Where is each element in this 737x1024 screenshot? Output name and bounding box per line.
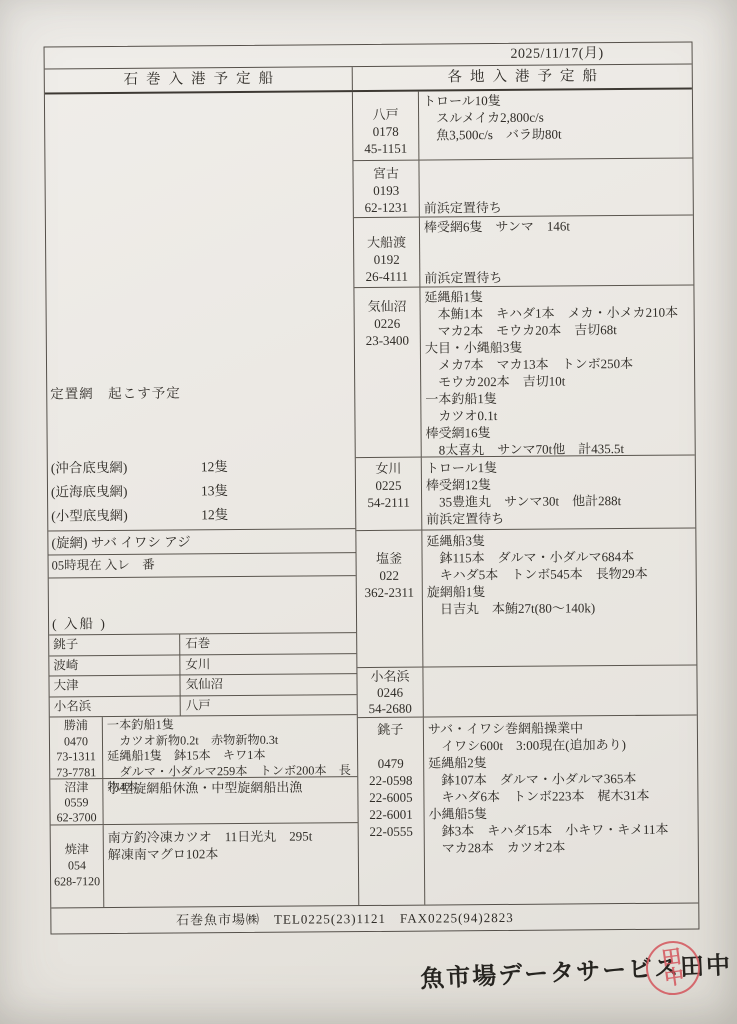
- port-line: 54-2680: [358, 701, 423, 718]
- port-line: 62-1231: [354, 199, 419, 217]
- hachinohe-row: 八戸017845-1151 トロール10隻 スルメイカ2,800c/s 魚3,5…: [353, 89, 693, 161]
- port-line: 気仙沼: [355, 298, 420, 316]
- incoming-ships-label: ( 入船 ): [52, 612, 107, 632]
- net-line: (小型底曳網) 12隻: [51, 503, 228, 528]
- incoming-port-right: 石巻: [180, 633, 356, 655]
- hachinohe-content-cell: トロール10隻 スルメイカ2,800c/s 魚3,500c/s バラ助80t: [419, 89, 693, 159]
- katsuura-port-cell: 勝浦047073-131173-7781: [50, 717, 103, 778]
- content-line: 鉢115本 ダルマ・小ダルマ684本: [426, 547, 695, 566]
- miyako-content-cell: 前浜定置待ち: [419, 158, 692, 216]
- port-line: 0246: [358, 685, 423, 702]
- numazu-port-cell: 沼津055962-3700: [50, 779, 103, 824]
- shiogama-content-cell: 延縄船3隻 鉢115本 ダルマ・小ダルマ684本 キハダ5本 トンボ545本 長…: [422, 528, 696, 666]
- ofunato-port-cell: 大船渡019226-4111: [354, 218, 421, 288]
- content-top-lines: トロール10隻 スルメイカ2,800c/s 魚3,500c/s バラ助80t: [423, 90, 692, 143]
- incoming-port-left: 大津: [49, 676, 180, 696]
- port-line: 62-3700: [51, 810, 103, 825]
- port-line: [358, 738, 423, 756]
- content-line: 延縄船2隻: [428, 752, 697, 771]
- port-line: 22-0555: [359, 823, 424, 841]
- onagawa-port-cell: 女川022554-2111: [356, 458, 423, 531]
- purse-seine-note: (旋網) サバ イワシ アジ: [48, 529, 355, 555]
- onagawa-row: 女川022554-2111 トロール1隻棒受網12隻 35豊進丸 サンマ30t …: [356, 455, 696, 531]
- content-line: キハダ6本 トンボ223本 梶木31本: [428, 786, 697, 805]
- incoming-ships-row: 大津 気仙沼: [49, 674, 356, 697]
- port-line: 054: [51, 857, 103, 873]
- content-line: 解凍南マグロ102本: [108, 844, 358, 863]
- onahama-port-cell: 小名浜024654-2680: [357, 668, 423, 718]
- content-line: 棒受網16隻: [426, 422, 695, 441]
- port-line: 宮古: [353, 165, 418, 183]
- ishinomaki-main-cell: 定置網 起こす予定 (沖合底曳網) 12隻 (近海底曳網) 13隻: [45, 92, 355, 531]
- numazu-block: 沼津055962-3700 小型旋網船休漁・中型旋網船出漁: [50, 777, 357, 825]
- time-status-note: 05時現在 入レ 番: [49, 553, 356, 578]
- port-line: 26-4111: [354, 268, 419, 286]
- yaizu-port-cell: 焼津054628-7120: [51, 825, 105, 907]
- content-top-lines: 延縄船1隻 本鮪1本 キハダ1本 メカ・小メカ210本 マカ2本 モウカ20本 …: [424, 286, 694, 458]
- ofunato-row: 大船渡019226-4111 棒受網6隻 サンマ 146t 前浜定置待ち: [354, 215, 694, 288]
- miyako-port-cell: 宮古019362-1231: [353, 161, 419, 218]
- port-line: 0470: [50, 734, 102, 750]
- kesennuma-row: 気仙沼022623-3400 延縄船1隻 本鮪1本 キハダ1本 メカ・小メカ21…: [354, 285, 694, 458]
- content-line: 南方釣冷凍カツオ 11日光丸 295t: [108, 827, 358, 846]
- trawl-summary: (沖合底曳網) 12隻 (近海底曳網) 13隻 (小型底曳網) 12: [51, 455, 229, 528]
- table-body: 定置網 起こす予定 (沖合底曳網) 12隻 (近海底曳網) 13隻: [45, 89, 698, 907]
- market-contact-text: 石巻魚市場㈱ TEL0225(23)1121 FAX0225(94)2823: [176, 910, 514, 928]
- content-line: 棒受網6隻 サンマ 146t: [424, 216, 693, 235]
- incoming-ships-label-cell: ( 入船 ): [49, 576, 356, 635]
- scanned-fax-page: 2025/11/17(月) 石巻入港予定船 各地入港予定船 定置網 起こす予定 …: [0, 0, 737, 1024]
- content-line: メカ7本 マカ13本 トンボ250本: [425, 354, 694, 373]
- port-line: 塩釜: [356, 550, 421, 568]
- port-line: 銚子: [358, 721, 423, 739]
- incoming-ships-table: 銚子 石巻 波崎 女川 大津 気仙沼: [49, 633, 357, 717]
- content-top-lines: トロール1隻棒受網12隻 35豊進丸 サンマ30t 他計288t前浜定置待ち: [426, 457, 696, 527]
- port-line: 0178: [353, 123, 418, 141]
- port-line: 0479: [358, 755, 423, 773]
- content-line: トロール1隻: [426, 457, 695, 476]
- port-line: 73-1311: [50, 749, 102, 765]
- content-line: 旋網船1隻: [427, 581, 696, 600]
- port-line: 女川: [356, 460, 421, 478]
- port-line: 0225: [356, 477, 421, 495]
- content-line: 小型旋網船休漁・中型旋網船出漁: [107, 779, 357, 797]
- net-label: (沖合底曳網): [51, 456, 179, 481]
- port-line: 焼津: [51, 841, 103, 857]
- shiogama-port-cell: 塩釜022362-2311: [356, 531, 423, 668]
- content-line: 小縄船5隻: [428, 803, 697, 822]
- net-count: 12隻: [201, 455, 228, 479]
- yaizu-content-cell: 南方釣冷凍カツオ 11日光丸 295t解凍南マグロ102本: [104, 823, 359, 907]
- content-line: 棒受網12隻: [426, 474, 695, 493]
- port-line: 45-1151: [353, 140, 418, 158]
- content-line: イワシ600t 3:00現在(追加あり): [428, 735, 697, 754]
- incoming-ships-row: 銚子 石巻: [49, 633, 356, 656]
- header-regional-arrivals: 各地入港予定船: [353, 64, 692, 90]
- incoming-ships-row: 小名浜 八戸: [50, 694, 357, 717]
- content-line: 一本釣船1隻: [425, 388, 694, 407]
- content-line: 日吉丸 本鮪27t(80〜140k): [427, 598, 696, 617]
- onahama-row: 小名浜024654-2680: [357, 665, 696, 718]
- port-line: 勝浦: [50, 718, 102, 734]
- port-line: 73-7781: [50, 765, 102, 781]
- content-line: カツオ0.1t: [425, 405, 694, 424]
- incoming-port-right: 八戸: [181, 695, 357, 716]
- port-line: 0226: [355, 315, 420, 333]
- footer-row: 石巻魚市場㈱ TEL0225(23)1121 FAX0225(94)2823: [51, 902, 698, 934]
- port-line: 八戸: [353, 106, 418, 124]
- onahama-content-cell: [423, 665, 696, 716]
- regional-column: 八戸017845-1151 トロール10隻 スルメイカ2,800c/s 魚3,5…: [353, 89, 698, 905]
- kesennuma-port-cell: 気仙沼022623-3400: [354, 288, 421, 458]
- content-line: スルメイカ2,800c/s: [423, 107, 692, 126]
- incoming-port-left: 銚子: [49, 635, 180, 656]
- kesennuma-content-cell: 延縄船1隻 本鮪1本 キハダ1本 メカ・小メカ210本 マカ2本 モウカ20本 …: [420, 285, 694, 456]
- ishinomaki-column: 定置網 起こす予定 (沖合底曳網) 12隻 (近海底曳網) 13隻: [45, 92, 359, 907]
- content-line: 前浜定置待ち: [424, 267, 693, 286]
- numazu-content-cell: 小型旋網船休漁・中型旋網船出漁: [103, 777, 357, 824]
- net-label: (近海底曳網): [51, 480, 179, 505]
- stamp-char-bottom: 中: [663, 967, 686, 990]
- content-line: 本鮪1本 キハダ1本 メカ・小メカ210本: [425, 303, 694, 322]
- port-line: 沼津: [50, 780, 102, 795]
- choshi-port-cell: 銚子047922-059822-600522-600122-0555: [358, 718, 425, 906]
- content-line: 魚3,500c/s バラ助80t: [423, 124, 692, 143]
- net-count: 12隻: [201, 503, 228, 527]
- content-line: モウカ202本 吉切10t: [425, 371, 694, 390]
- content-line: 前浜定置待ち: [424, 197, 693, 216]
- port-line: 大船渡: [354, 234, 419, 252]
- content-line: キハダ5本 トンボ545本 長物29本: [427, 564, 696, 583]
- port-line: 22-6005: [358, 789, 423, 807]
- net-label: (小型底曳網): [51, 504, 179, 529]
- content-line: 延縄船3隻: [426, 530, 695, 549]
- incoming-ships-row: 波崎 女川: [49, 653, 356, 676]
- yaizu-block: 焼津054628-7120 南方釣冷凍カツオ 11日光丸 295t解凍南マグロ1…: [51, 823, 359, 907]
- content-line: マカ2本 モウカ20本 吉切68t: [425, 320, 694, 339]
- port-line: 0193: [354, 182, 419, 200]
- content-line: 延縄船1隻: [424, 286, 693, 305]
- content-line: サバ・イワシ巻網船操業中: [428, 718, 697, 737]
- incoming-port-left: 小名浜: [50, 696, 181, 716]
- content-top-lines: 延縄船3隻 鉢115本 ダルマ・小ダルマ684本 キハダ5本 トンボ545本 長…: [426, 530, 696, 617]
- ofunato-content-cell: 棒受網6隻 サンマ 146t 前浜定置待ち: [420, 215, 694, 286]
- port-line: 22-6001: [358, 806, 423, 824]
- header-ishinomaki-arrivals: 石巻入港予定船: [45, 67, 353, 92]
- net-count: 13隻: [201, 479, 228, 503]
- content-bottom-lines: 前浜定置待ち: [424, 197, 693, 216]
- miyako-row: 宮古019362-1231 前浜定置待ち: [353, 158, 692, 218]
- content-line: 前浜定置待ち: [426, 508, 695, 527]
- port-line: 0192: [354, 251, 419, 269]
- content-line: マカ28本 カツオ2本: [429, 837, 698, 856]
- content-line: 大目・小縄船3隻: [425, 337, 694, 356]
- content-line: 鉢107本 ダルマ・小ダルマ365本: [428, 769, 697, 788]
- content-line: トロール10隻: [423, 90, 692, 109]
- content-line: 鉢3本 キハダ15本 小キワ・キメ11本: [429, 820, 698, 839]
- port-line: 54-2111: [356, 494, 421, 512]
- content-line: 35豊進丸 サンマ30t 他計288t: [426, 491, 695, 510]
- content-top-lines: 棒受網6隻 サンマ 146t: [424, 216, 693, 235]
- port-line: 22-0598: [358, 772, 423, 790]
- port-line: 628-7120: [51, 873, 103, 889]
- incoming-port-left: 波崎: [49, 656, 180, 676]
- hachinohe-port-cell: 八戸017845-1151: [353, 92, 420, 161]
- choshi-content-cell: サバ・イワシ巻網船操業中 イワシ600t 3:00現在(追加あり)延縄船2隻 鉢…: [424, 715, 698, 904]
- port-line: 小名浜: [357, 669, 422, 686]
- incoming-port-right: 女川: [180, 654, 356, 675]
- choshi-row: 銚子047922-059822-600522-600122-0555 サバ・イワ…: [358, 715, 698, 905]
- date-text: 2025/11/17(月): [510, 46, 603, 62]
- incoming-port-right: 気仙沼: [180, 675, 356, 696]
- schedule-table: 2025/11/17(月) 石巻入港予定船 各地入港予定船 定置網 起こす予定 …: [44, 41, 700, 934]
- port-line: 23-3400: [355, 332, 420, 350]
- content-bottom-lines: 前浜定置待ち: [424, 267, 693, 286]
- net-line: (沖合底曳網) 12隻: [51, 455, 228, 480]
- onagawa-content-cell: トロール1隻棒受網12隻 35豊進丸 サンマ30t 他計288t前浜定置待ち: [422, 455, 696, 529]
- set-net-note: 定置網 起こす予定: [50, 381, 181, 402]
- content-top-lines: サバ・イワシ巻網船操業中 イワシ600t 3:00現在(追加あり)延縄船2隻 鉢…: [428, 718, 698, 856]
- katsuura-block: 勝浦047073-131173-7781 一本釣船1隻 カツオ新物0.2t 赤物…: [50, 715, 357, 779]
- katsuura-content-cell: 一本釣船1隻 カツオ新物0.2t 赤物新物0.3t延縄船1隻 鉢15本 キワ1本…: [103, 715, 357, 778]
- shiogama-row: 塩釜022362-2311 延縄船3隻 鉢115本 ダルマ・小ダルマ684本 キ…: [356, 528, 696, 668]
- port-line: 0559: [50, 795, 102, 810]
- port-line: 022: [357, 567, 422, 585]
- net-line: (近海底曳網) 13隻: [51, 479, 228, 504]
- port-line: 362-2311: [357, 584, 422, 602]
